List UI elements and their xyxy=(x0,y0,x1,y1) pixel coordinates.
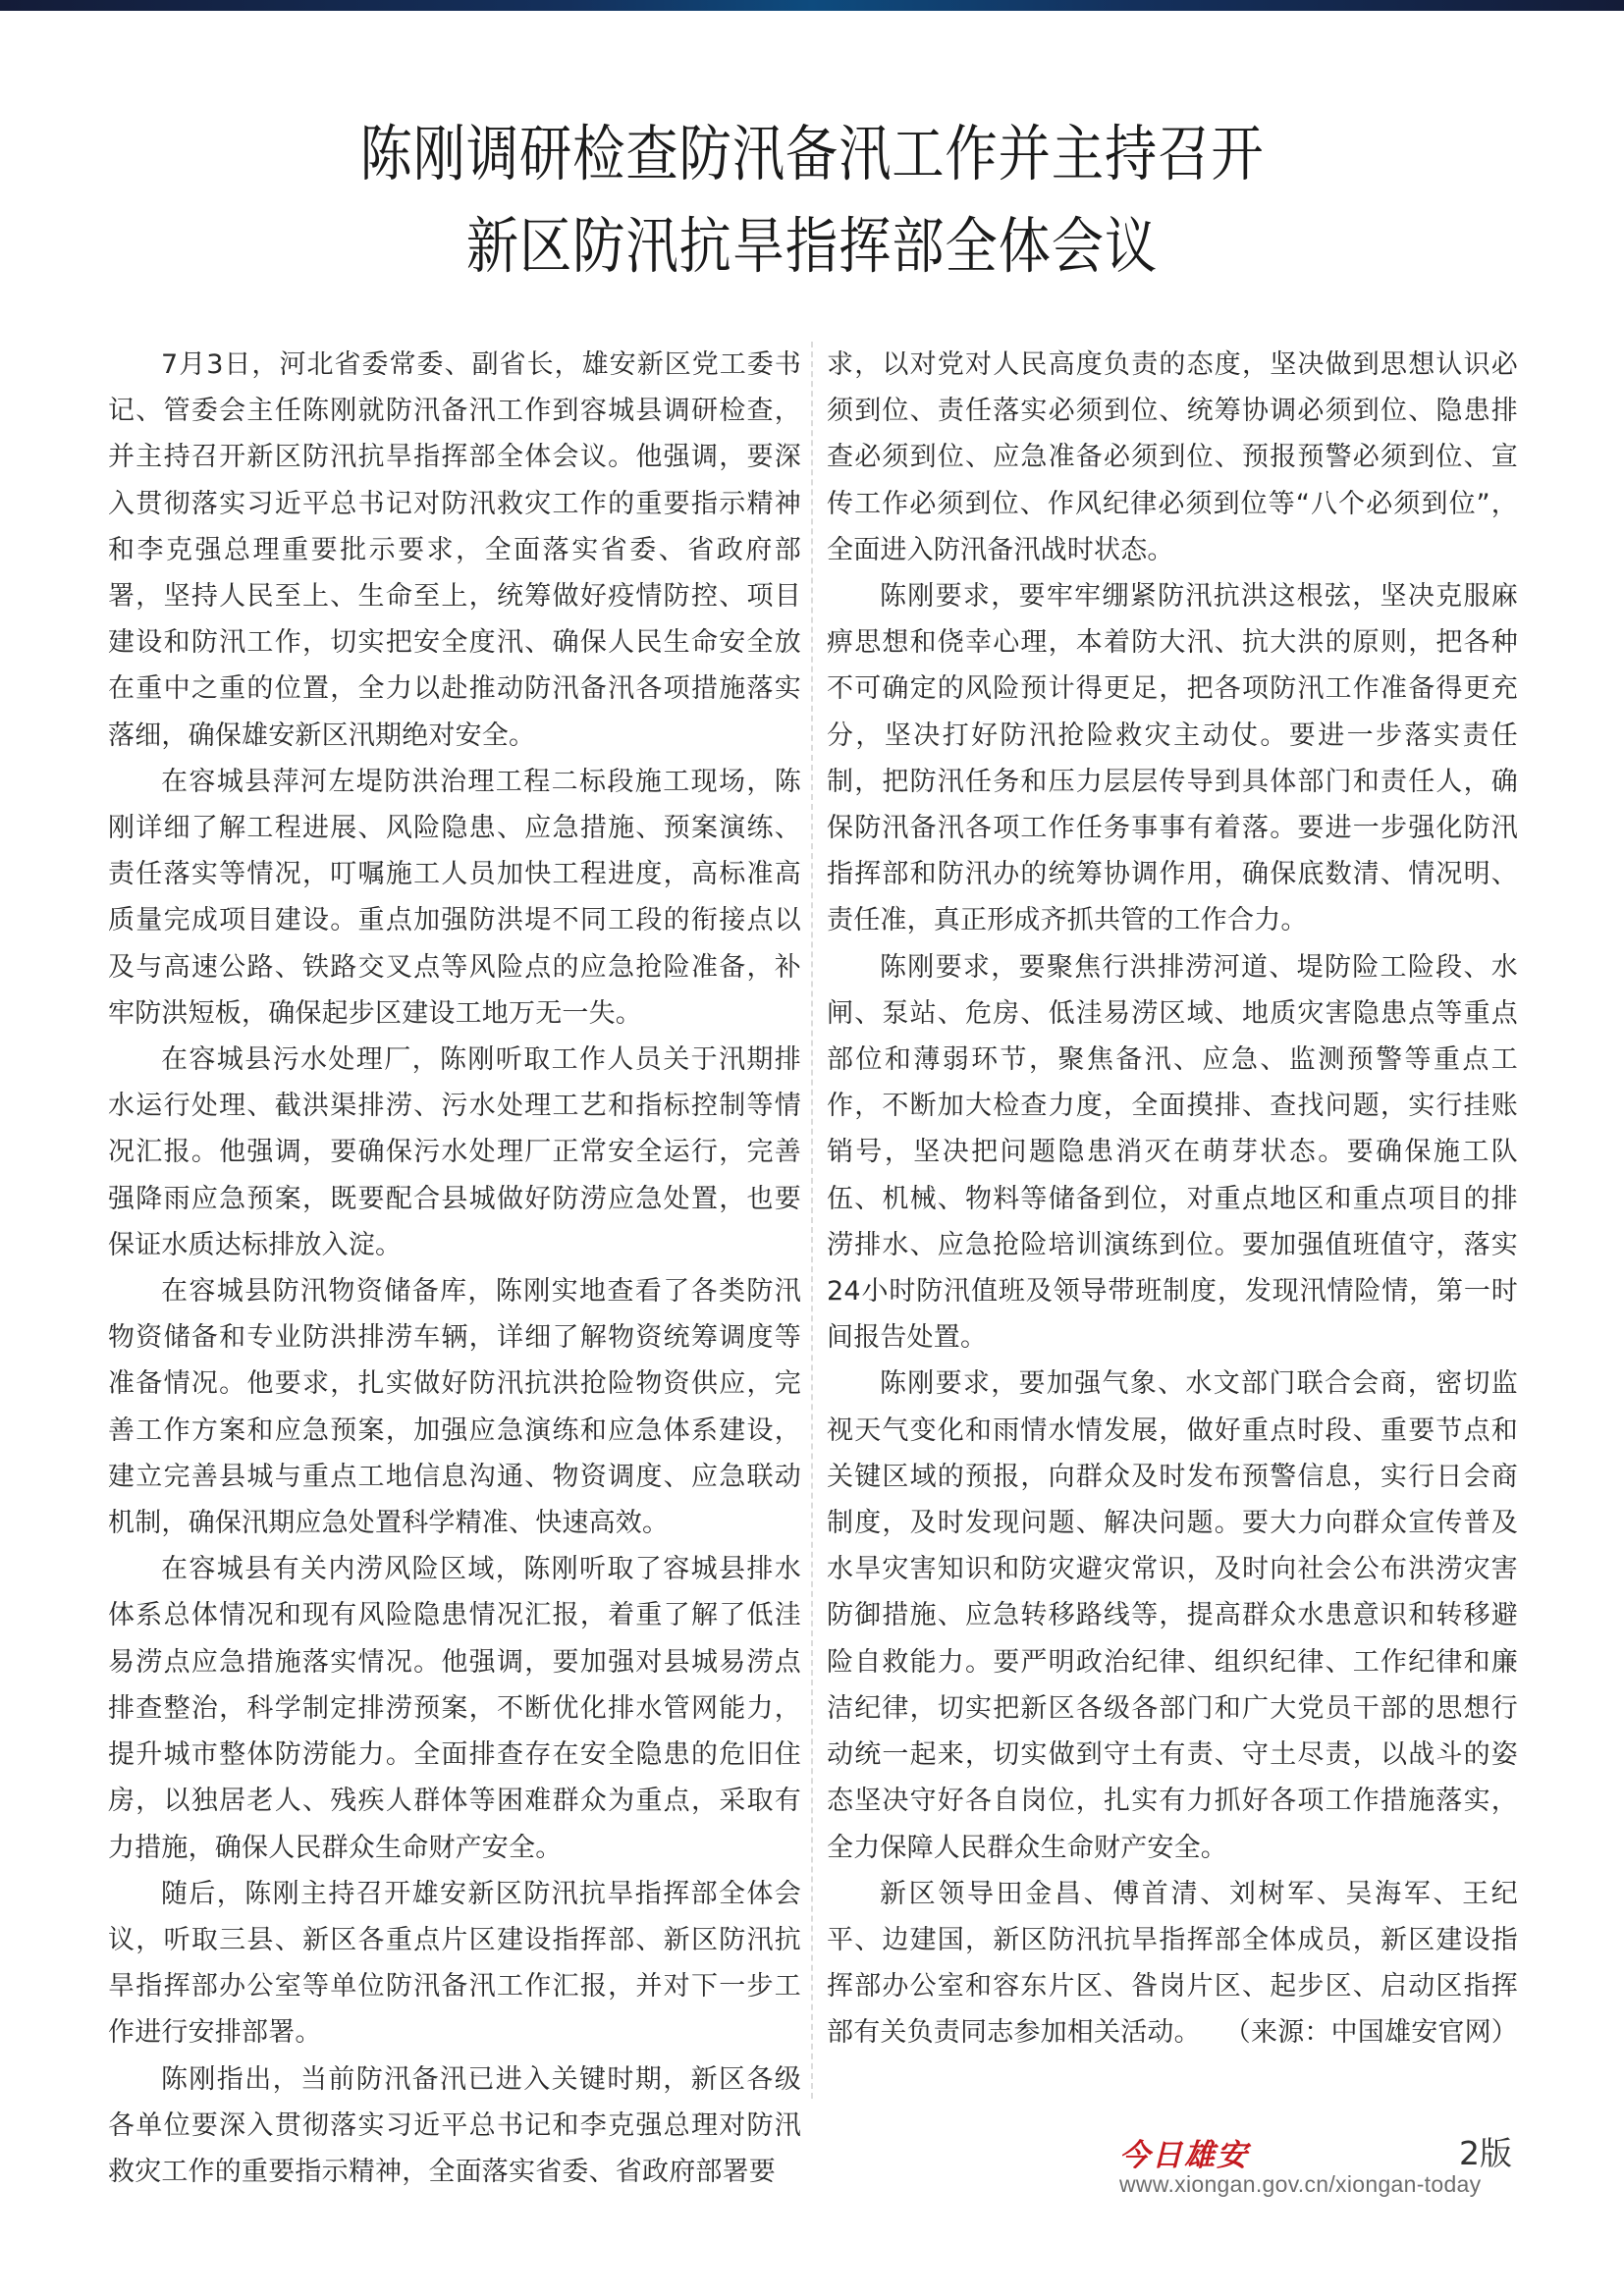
column-divider xyxy=(811,342,813,2099)
masthead-logo: 今日雄安 xyxy=(1119,2130,1249,2174)
paragraph-6: 随后，陈刚主持召开雄安新区防汛抗旱指挥部全体会议，听取三县、新区各重点片区建设指… xyxy=(108,1871,801,2056)
paragraph-11: 新区领导田金昌、傅首清、刘树军、吴海军、王纪平、边建国，新区防汛抗旱指挥部全体成… xyxy=(827,1871,1518,2056)
page-footer: 今日雄安 2版 www.xiongan.gov.cn/xiongan-today xyxy=(1119,2130,1512,2199)
paragraph-1: 7月3日，河北省委常委、副省长，雄安新区党工委书记、管委会主任陈刚就防汛备汛工作… xyxy=(108,342,801,759)
headline-line-2: 新区防汛抗旱指挥部全体会议 xyxy=(114,200,1510,293)
page-number: 2版 xyxy=(1459,2128,1512,2174)
top-decorative-bar xyxy=(0,0,1624,11)
paragraph-4: 在容城县防汛物资储备库，陈刚实地查看了各类防汛物资储备和专业防洪排涝车辆，详细了… xyxy=(108,1268,801,1546)
left-column: 7月3日，河北省委常委、副省长，雄安新区党工委书记、管委会主任陈刚就防汛备汛工作… xyxy=(108,342,801,2195)
headline-line-1: 陈刚调研检查防汛备汛工作并主持召开 xyxy=(114,108,1510,200)
article-body: 7月3日，河北省委常委、副省长，雄安新区党工委书记、管委会主任陈刚就防汛备汛工作… xyxy=(108,342,1518,2099)
source-credit: （来源：中国雄安官网） xyxy=(1224,2009,1518,2056)
paragraph-5: 在容城县有关内涝风险区域，陈刚听取了容城县排水体系总体情况和现有风险隐患情况汇报… xyxy=(108,1546,801,1870)
article-headline: 陈刚调研检查防汛备汛工作并主持召开 新区防汛抗旱指挥部全体会议 xyxy=(0,108,1624,293)
right-column: 求，以对党对人民高度负责的态度，坚决做到思想认识必须到位、责任落实必须到位、统筹… xyxy=(827,342,1518,2056)
paragraph-8: 陈刚要求，要牢牢绷紧防汛抗洪这根弦，坚决克服麻痹思想和侥幸心理，本着防大汛、抗大… xyxy=(827,573,1518,944)
paragraph-7-continued: 求，以对党对人民高度负责的态度，坚决做到思想认识必须到位、责任落实必须到位、统筹… xyxy=(827,342,1518,573)
paragraph-10: 陈刚要求，要加强气象、水文部门联合会商，密切监视天气变化和雨情水情发展，做好重点… xyxy=(827,1361,1518,1870)
paragraph-2: 在容城县萍河左堤防洪治理工程二标段施工现场，陈刚详细了解工程进展、风险隐患、应急… xyxy=(108,759,801,1037)
paragraph-3: 在容城县污水处理厂，陈刚听取工作人员关于汛期排水运行处理、截洪渠排涝、污水处理工… xyxy=(108,1037,801,1268)
paragraph-9: 陈刚要求，要聚焦行洪排涝河道、堤防险工险段、水闸、泵站、危房、低洼易涝区域、地质… xyxy=(827,944,1518,1362)
website-url[interactable]: www.xiongan.gov.cn/xiongan-today xyxy=(1119,2171,1481,2198)
paragraph-7: 陈刚指出，当前防汛备汛已进入关键时期，新区各级各单位要深入贯彻落实习近平总书记和… xyxy=(108,2056,801,2196)
